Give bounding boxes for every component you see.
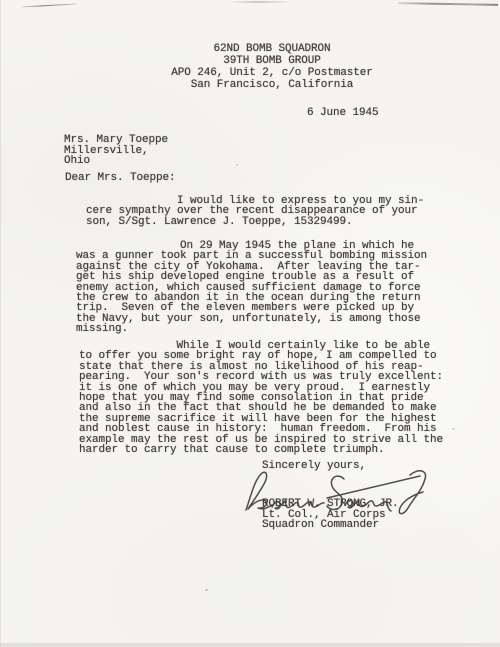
scan-artifact-top-left-line bbox=[21, 4, 76, 8]
body-paragraph-2: On 29 May 1945 the plane in which he was… bbox=[76, 241, 427, 335]
scan-speck bbox=[205, 589, 208, 591]
scanned-letter-page: 62ND BOMB SQUADRON 39TH BOMB GROUP APO 2… bbox=[0, 0, 500, 647]
scan-artifact-left-edge bbox=[0, 0, 1, 647]
body-paragraph-3: While I would certainly like to be able … bbox=[79, 341, 443, 455]
scan-artifact-top-middle-streak bbox=[228, 1, 288, 3]
scan-speck bbox=[236, 164, 238, 166]
signature-block: ROBERT W. STRONG, JR. Lt. Col., Air Corp… bbox=[262, 499, 399, 531]
scan-artifact-bottom-edge bbox=[0, 643, 500, 647]
scan-artifact-top-right-streak bbox=[398, 2, 498, 6]
salutation: Dear Mrs. Toeppe: bbox=[65, 173, 176, 183]
letterhead: 62ND BOMB SQUADRON 39TH BOMB GROUP APO 2… bbox=[72, 44, 472, 92]
scan-speck bbox=[452, 428, 455, 430]
recipient-address: Mrs. Mary Toeppe Millersville, Ohio bbox=[64, 135, 168, 167]
body-paragraph-1: I would like to express to you my sin- c… bbox=[86, 196, 424, 227]
letter-date: 6 June 1945 bbox=[307, 108, 379, 118]
